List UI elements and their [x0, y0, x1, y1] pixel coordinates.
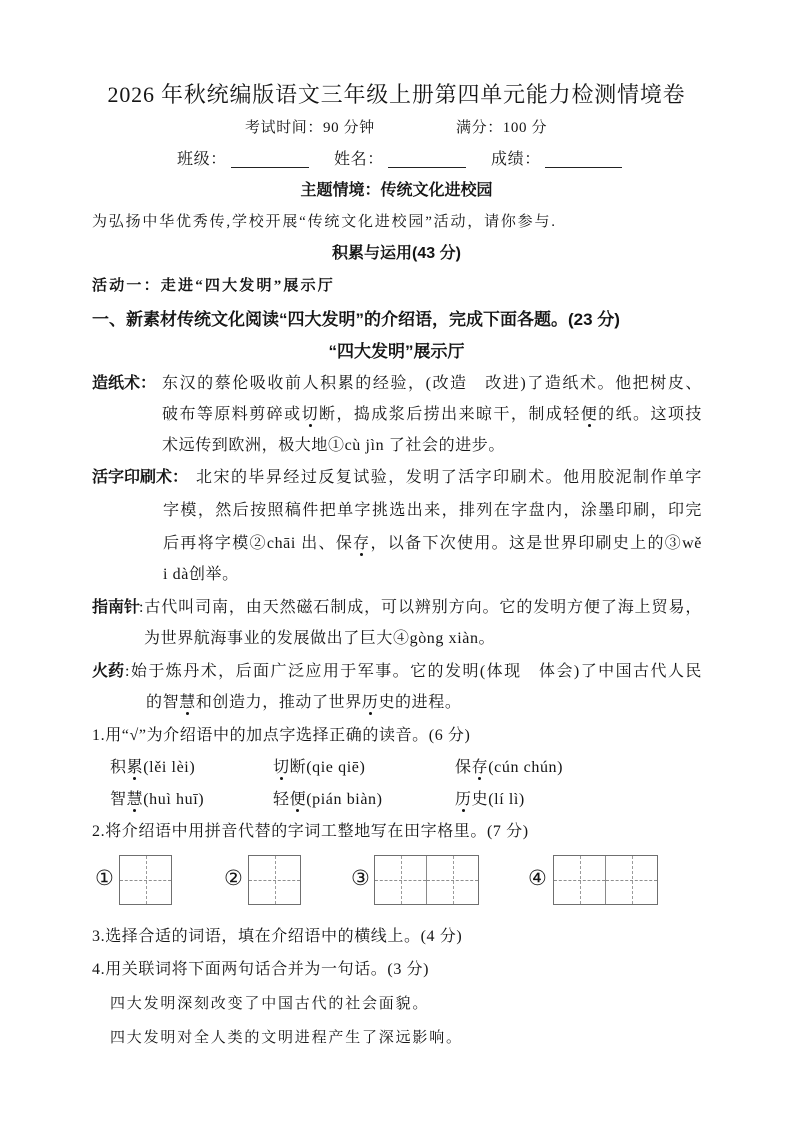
text-segment: 后再将字模②chāi 出、保	[163, 535, 353, 552]
tian-grid-2[interactable]	[248, 855, 301, 905]
entry-papermaking-line: 破布等原料剪碎或切断，捣成浆后捞出来晾干，制成轻便的纸。这项技	[162, 399, 702, 431]
theme-intro: 为弘扬中华优秀传,学校开展“传统文化进校园”活动，请你参与.	[92, 206, 557, 238]
pinyin-choices[interactable]: (lí lì)	[488, 791, 525, 808]
q1-prompt: 1.用“√”为介绍语中的加点字选择正确的读音。(6 分)	[92, 720, 470, 752]
pinyin-choices[interactable]: (cún chún)	[488, 759, 563, 776]
word-part: 史	[472, 791, 489, 808]
part1-title: 一、新素材传统文化阅读“四大发明”的介绍语，完成下面各题。(23 分)	[92, 304, 620, 336]
text-segment: 破布等原料剪碎或	[162, 406, 302, 423]
dotted-char: 存	[353, 535, 370, 552]
q1-option[interactable]: 切断(qie qiē)	[273, 752, 365, 784]
q4-sentence-2: 四大发明对全人类的文明进程产生了深远影响。	[110, 1022, 463, 1054]
dotted-char: 慧	[127, 791, 144, 808]
text-segment: 北宋的毕昇经过反复试验，发明了活字印刷术。他用胶泥制作单字	[196, 469, 702, 486]
entry-movable-type-line: 北宋的毕昇经过反复试验，发明了活字印刷术。他用胶泥制作单字	[196, 462, 702, 494]
q4-sentence-1: 四大发明深刻改变了中国古代的社会面貌。	[110, 988, 429, 1020]
q1-option[interactable]: 智慧(huì huī)	[110, 784, 204, 816]
dotted-char: 切	[273, 759, 290, 776]
pinyin-choices[interactable]: (lěi lèi)	[143, 759, 195, 776]
word-part: 保	[455, 759, 472, 776]
full-score: 满分：100 分	[456, 112, 547, 144]
q2-prompt: 2.将介绍语中用拼音代替的字词工整地写在田字格里。(7 分)	[92, 816, 529, 848]
entry-compass-line: 为世界航海事业的发展做出了巨大④gòng xiàn。	[144, 623, 495, 655]
entry-label-compass: 指南针	[92, 592, 140, 624]
entry-gunpowder-line: :始于炼丹术，后面广泛应用于军事。它的发明(体现 体会)了中国古代人民	[125, 656, 702, 688]
text-segment: 的纸。这项技	[598, 406, 702, 423]
word-part: 断	[290, 759, 307, 776]
dotted-char: 累	[127, 759, 144, 776]
dotted-char: 便	[581, 406, 598, 423]
pinyin-choices[interactable]: (huì huī)	[143, 791, 204, 808]
grid-cell[interactable]	[120, 856, 171, 904]
word-part: 积	[110, 759, 127, 776]
pinyin-choices[interactable]: (pián biàn)	[306, 791, 382, 808]
text-segment: 为世界航海事业的发展做出了巨大④gòng xiàn。	[144, 630, 495, 647]
text-segment: 断，捣成浆后捞出来晾干，制成轻	[319, 406, 581, 423]
text-segment: 史的进程。	[378, 694, 461, 711]
entry-gunpowder-line: 的智慧和创造力，推动了世界历史的进程。	[146, 687, 461, 719]
grid-cell[interactable]	[249, 856, 300, 904]
text-segment: i dà创举。	[163, 566, 239, 583]
grid-cell[interactable]	[375, 856, 426, 904]
q1-option[interactable]: 保存(cún chún)	[455, 752, 563, 784]
q1-option[interactable]: 历史(lí lì)	[455, 784, 525, 816]
grid-cell[interactable]	[426, 856, 478, 904]
dotted-char: 存	[472, 759, 489, 776]
section-title: 积累与运用(43 分)	[0, 238, 793, 270]
grid-number-4: ④	[528, 864, 547, 892]
entry-papermaking-line: 东汉的蔡伦吸收前人积累的经验，(改造 改进)了造纸术。他把树皮、	[162, 368, 702, 400]
grid-number-3: ③	[351, 864, 370, 892]
dotted-char: 慧	[179, 694, 196, 711]
text-segment: :始于炼丹术，后面广泛应用于军事。它的发明(体现 体会)了中国古代人民	[125, 663, 702, 680]
q1-option[interactable]: 轻便(pián biàn)	[273, 784, 383, 816]
grid-cell[interactable]	[605, 856, 657, 904]
text-segment: 和创造力，推动了世界	[196, 694, 362, 711]
class-label: 班级：	[177, 144, 227, 176]
pinyin-choices[interactable]: (qie qiē)	[306, 759, 365, 776]
entry-label-movable-type: 活字印刷术：	[92, 462, 188, 494]
text-segment: 的智	[146, 694, 179, 711]
q3-prompt: 3.选择合适的词语，填在介绍语中的横线上。(4 分)	[92, 921, 462, 953]
entry-movable-type-line: 字模，然后按照稿件把单字挑选出来，排列在字盘内，涂墨印刷，印完	[163, 495, 702, 527]
entry-compass-line: :古代叫司南，由天然磁石制成，可以辨别方向。它的发明方便了海上贸易，	[139, 592, 702, 624]
q4-prompt: 4.用关联词将下面两句话合并为一句话。(3 分)	[92, 954, 429, 986]
grid-cell[interactable]	[554, 856, 605, 904]
word-part: 轻	[273, 791, 290, 808]
text-segment: ，以备下次使用。这是世界印刷史上的③wě	[370, 535, 701, 552]
entry-papermaking-line: 术远传到欧洲，极大地①cù jìn 了社会的进步。	[162, 430, 505, 462]
text-segment: 东汉的蔡伦吸收前人积累的经验，(改造 改进)了造纸术。他把树皮、	[162, 375, 702, 392]
text-segment: 字模，然后按照稿件把单字挑选出来，排列在字盘内，涂墨印刷，印完	[163, 502, 702, 519]
tian-grid-4[interactable]	[553, 855, 658, 905]
name-label: 姓名：	[334, 144, 384, 176]
dotted-char: 历	[362, 694, 379, 711]
entry-label-gunpowder: 火药	[92, 656, 124, 688]
dotted-char: 历	[455, 791, 472, 808]
q1-option[interactable]: 积累(lěi lèi)	[110, 752, 195, 784]
exam-title: 2026 年秋统编版语文三年级上册第四单元能力检测情境卷	[0, 79, 793, 111]
activity-title: 活动一：走进“四大发明”展示厅	[92, 270, 335, 302]
hall-title: “四大发明”展示厅	[0, 336, 793, 368]
dotted-char: 便	[290, 791, 307, 808]
score-blank[interactable]	[545, 167, 622, 168]
name-blank[interactable]	[388, 167, 466, 168]
grid-number-2: ②	[224, 864, 243, 892]
entry-movable-type-line: i dà创举。	[163, 559, 239, 591]
entry-movable-type-line: 后再将字模②chāi 出、保存，以备下次使用。这是世界印刷史上的③wě	[163, 528, 702, 560]
exam-time: 考试时间：90 分钟	[245, 112, 375, 144]
theme-title: 主题情境：传统文化进校园	[0, 175, 793, 207]
score-label: 成绩：	[491, 144, 541, 176]
class-blank[interactable]	[231, 167, 309, 168]
tian-grid-1[interactable]	[119, 855, 172, 905]
text-segment: 术远传到欧洲，极大地①cù jìn 了社会的进步。	[162, 437, 505, 454]
grid-number-1: ①	[95, 864, 114, 892]
dotted-char: 切	[302, 406, 319, 423]
word-part: 智	[110, 791, 127, 808]
entry-label-papermaking: 造纸术：	[92, 368, 156, 400]
exam-page: 2026 年秋统编版语文三年级上册第四单元能力检测情境卷 考试时间：90 分钟 …	[0, 0, 793, 1122]
text-segment: :古代叫司南，由天然磁石制成，可以辨别方向。它的发明方便了海上贸易，	[139, 599, 702, 616]
tian-grid-3[interactable]	[374, 855, 479, 905]
